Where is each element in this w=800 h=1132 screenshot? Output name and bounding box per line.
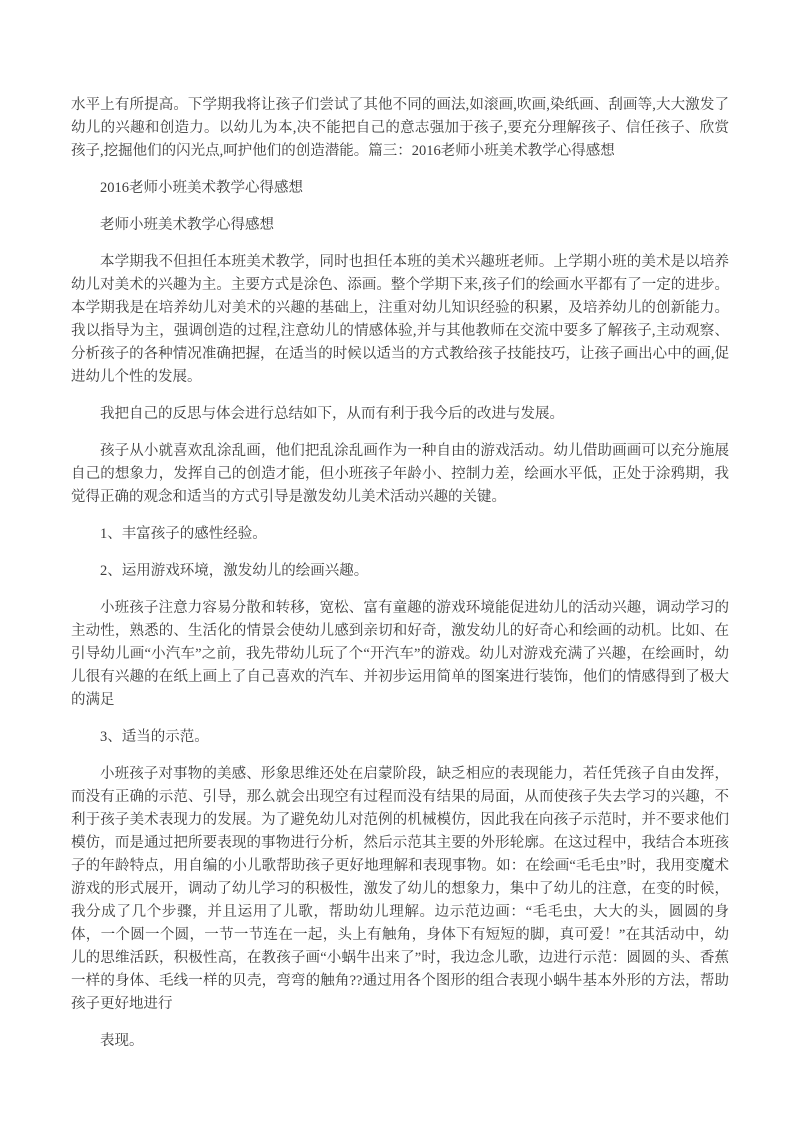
section-subtitle: 老师小班美术教学心得感想 xyxy=(71,214,729,237)
list-item: 1、丰富孩子的感性经验。 xyxy=(71,523,729,546)
paragraph: 孩子从小就喜欢乱涂乱画，他们把乱涂乱画作为一种自由的游戏活动。幼儿借助画画可以充… xyxy=(71,440,729,509)
document-page: 水平上有所提高。下学期我将让孩子们尝试了其他不同的画法,如滚画,吹画,染纸画、刮… xyxy=(0,0,800,1132)
continuation-paragraph: 水平上有所提高。下学期我将让孩子们尝试了其他不同的画法,如滚画,吹画,染纸画、刮… xyxy=(71,94,729,163)
paragraph: 小班孩子注意力容易分散和转移，宽松、富有童趣的游戏环境能促进幼儿的活动兴趣，调动… xyxy=(71,597,729,712)
paragraph: 表现。 xyxy=(71,1030,729,1053)
paragraph: 小班孩子对事物的美感、形象思维还处在启蒙阶段，缺乏相应的表现能力，若任凭孩子自由… xyxy=(71,763,729,1016)
list-item: 2、运用游戏环境，激发幼儿的绘画兴趣。 xyxy=(71,560,729,583)
paragraph: 本学期我不但担任本班美术教学，同时也担任本班的美术兴趣班老师。上学期小班的美术是… xyxy=(71,251,729,389)
section-title: 2016老师小班美术教学心得感想 xyxy=(71,177,729,200)
paragraph: 我把自己的反思与体会进行总结如下，从而有利于我今后的改进与发展。 xyxy=(71,403,729,426)
list-item: 3、适当的示范。 xyxy=(71,726,729,749)
